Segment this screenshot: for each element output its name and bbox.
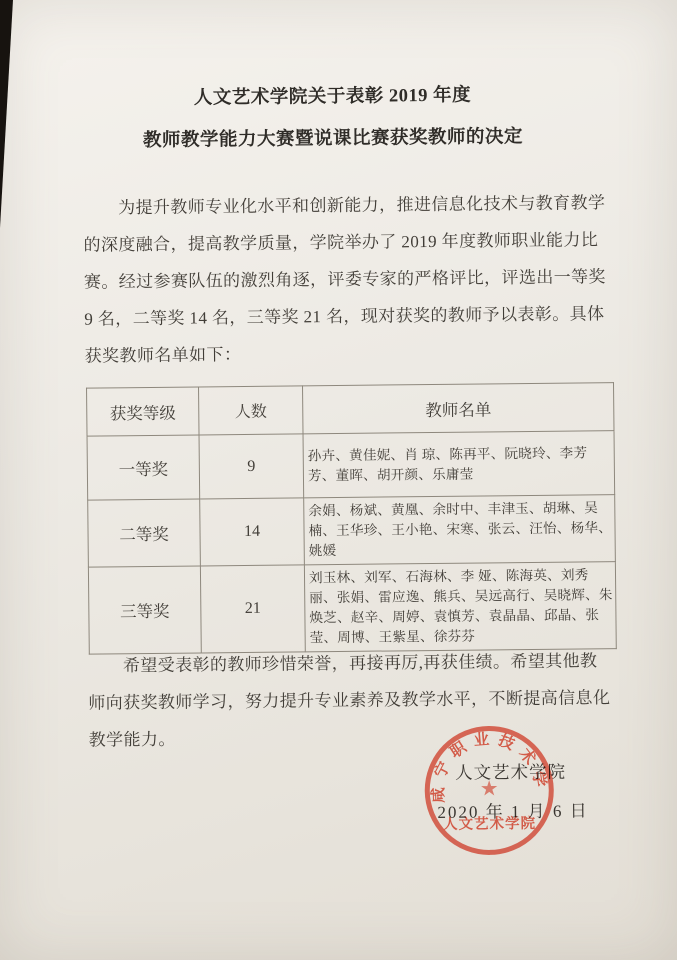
cell-count: 21 bbox=[200, 565, 305, 653]
document-content: 人文艺术学院关于表彰 2019 年度 教师教学能力大赛暨说课比赛获奖教师的决定 … bbox=[0, 0, 677, 960]
photo-frame: { "doc": { "title_lines": [ "人文艺术学院关于表彰 … bbox=[0, 0, 677, 960]
table-header-row: 获奖等级 人数 教师名单 bbox=[87, 383, 614, 437]
table-row: 一等奖 9 孙卉、黄佳妮、肖 琼、陈再平、阮晓玲、李芳芳、董晖、胡开颜、乐庸莹 bbox=[87, 431, 615, 501]
header-count: 人数 bbox=[199, 386, 303, 435]
seal-inner-text: 人文艺术学院 bbox=[443, 814, 536, 833]
intro-paragraph: 为提升教师专业化水平和创新能力，推进信息化技术与教育教学 的深度融合，提高教学质… bbox=[83, 184, 609, 374]
cell-teacher-names: 余娟、杨斌、黄凰、余时中、丰津玉、胡琳、吴楠、王华珍、王小艳、宋寒、张云、汪怡、… bbox=[304, 495, 616, 565]
table-row: 三等奖 21 刘玉林、刘军、石海林、李 娅、陈海英、刘秀丽、张娟、雷应逸、熊兵、… bbox=[88, 562, 616, 655]
paragraph-line: 为提升教师专业化水平和创新能力，推进信息化技术与教育教学 bbox=[83, 184, 607, 226]
cell-count: 9 bbox=[199, 434, 304, 499]
official-seal-stamp: 咸宁职业技术学院 ★ 人文艺术学院 bbox=[420, 721, 559, 860]
cell-award-level: 三等奖 bbox=[88, 566, 201, 654]
header-teacher-names: 教师名单 bbox=[303, 383, 614, 434]
title-line-1: 人文艺术学院关于表彰 2019 年度 bbox=[0, 73, 669, 122]
paragraph-line: 师向获奖教师学习，努力提升专业素养及教学水平，不断提高信息化 bbox=[88, 679, 612, 721]
paragraph-line: 赛。经过参赛队伍的激烈角逐，评委专家的严格评比，评选出一等奖 bbox=[84, 258, 608, 300]
cell-count: 14 bbox=[200, 498, 305, 566]
paragraph-line: 获奖教师名单如下： bbox=[84, 332, 608, 374]
cell-teacher-names: 刘玉林、刘军、石海林、李 娅、陈海英、刘秀丽、张娟、雷应逸、熊兵、吴远高行、吴晓… bbox=[304, 562, 616, 652]
cell-award-level: 二等奖 bbox=[88, 499, 201, 567]
header-award-level: 获奖等级 bbox=[87, 387, 199, 436]
award-table: 获奖等级 人数 教师名单 一等奖 9 孙卉、黄佳妮、肖 琼、陈再平、阮晓玲、李芳… bbox=[86, 382, 617, 655]
cell-teacher-names: 孙卉、黄佳妮、肖 琼、陈再平、阮晓玲、李芳芳、董晖、胡开颜、乐庸莹 bbox=[303, 431, 615, 498]
seal-star-icon: ★ bbox=[480, 776, 499, 800]
paragraph-line: 的深度融合，提高教学质量，学院举办了 2019 年度教师职业能力比 bbox=[83, 221, 607, 263]
table-row: 二等奖 14 余娟、杨斌、黄凰、余时中、丰津玉、胡琳、吴楠、王华珍、王小艳、宋寒… bbox=[88, 495, 616, 568]
paragraph-line: 9 名，二等奖 14 名，三等奖 21 名，现对获奖的教师予以表彰。具体 bbox=[84, 295, 608, 337]
document-title: 人文艺术学院关于表彰 2019 年度 教师教学能力大赛暨说课比赛获奖教师的决定 bbox=[0, 73, 670, 164]
title-line-2: 教师教学能力大赛暨说课比赛获奖教师的决定 bbox=[0, 115, 670, 164]
cell-award-level: 一等奖 bbox=[87, 435, 200, 500]
paragraph-line: 希望受表彰的教师珍惜荣誉，再接再厉,再获佳绩。希望其他教 bbox=[88, 642, 612, 684]
